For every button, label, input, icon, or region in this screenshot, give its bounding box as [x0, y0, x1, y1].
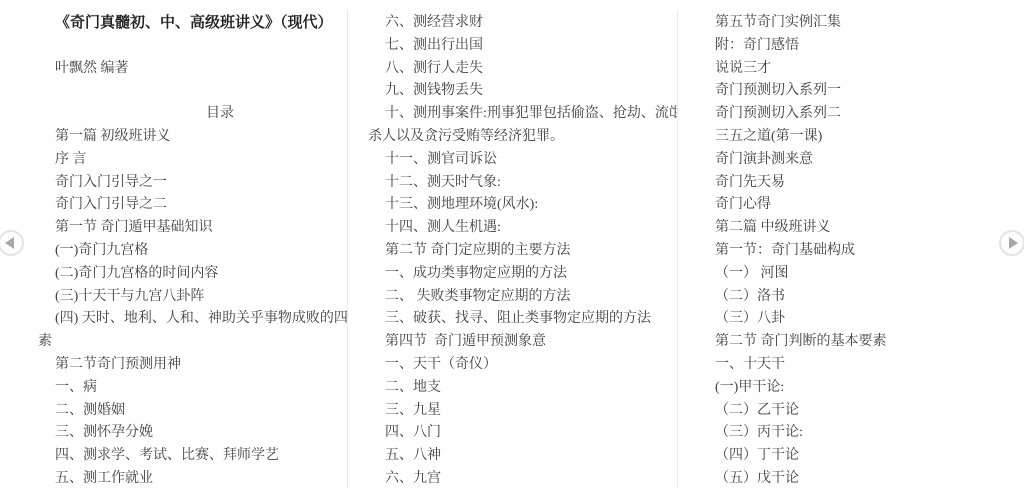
blank-line	[38, 35, 339, 58]
page-divider	[347, 10, 348, 488]
toc-line: 三、破获、找寻、阻止类事物定应期的方法	[368, 308, 669, 331]
toc-line-wrap: 素	[38, 331, 339, 354]
toc-line: 奇门入门引导之一	[38, 172, 339, 195]
toc-line: 十一、测官司诉讼	[368, 149, 669, 172]
toc-line: 奇门预测切入系列二	[698, 103, 1016, 126]
toc-line: 一、天干（奇仪）	[368, 354, 669, 377]
toc-line: 第二节 奇门判断的基本要素	[698, 331, 1016, 354]
toc-line: 八、测行人走失	[368, 58, 669, 81]
toc-line: （五）戊干论	[698, 468, 1016, 491]
toc-line: 第五节奇门实例汇集	[698, 12, 1016, 35]
toc-line: 附：奇门感悟	[698, 35, 1016, 58]
toc-line: 三、九星	[368, 400, 669, 423]
toc-line: 第二节 奇门定应期的主要方法	[368, 240, 669, 263]
toc-line: 一、成功类事物定应期的方法	[368, 263, 669, 286]
toc-line: （三）丙干论:	[698, 422, 1016, 445]
page-divider	[677, 10, 678, 488]
toc-line: 序 言	[38, 149, 339, 172]
toc-line: 第二篇 中级班讲义	[698, 217, 1016, 240]
toc-line: 三五之道(第一课)	[698, 126, 1016, 149]
reader-pages: 《奇门真髓初、中、高级班讲义》（现代）叶飘然 编著目录第一篇 初级班讲义序 言奇…	[0, 0, 1024, 503]
toc-line: 第二节奇门预测用神	[38, 354, 339, 377]
toc-line: 奇门入门引导之二	[38, 194, 339, 217]
toc-line: 十四、测人生机遇:	[368, 217, 669, 240]
toc-line: （一） 河图	[698, 263, 1016, 286]
toc-line: (一)甲干论:	[698, 377, 1016, 400]
book-title: 《奇门真髓初、中、高级班讲义》（现代）	[38, 12, 339, 35]
toc-line-wrap: 杀人以及贪污受贿等经济犯罪。	[368, 126, 669, 149]
blank-line	[38, 80, 339, 103]
toc-heading: 目录	[38, 103, 339, 126]
toc-line: (四) 天时、地利、人和、神助关乎事物成败的四大要	[38, 308, 339, 331]
toc-line: 第一节 奇门遁甲基础知识	[38, 217, 339, 240]
toc-line: 第一节：奇门基础构成	[698, 240, 1016, 263]
toc-line: 第四节 奇门遁甲预测象意	[368, 331, 669, 354]
toc-line: （三）八卦	[698, 308, 1016, 331]
toc-line: 十二、测天时气象:	[368, 172, 669, 195]
book-author: 叶飘然 编著	[38, 58, 339, 81]
page-3: 第五节奇门实例汇集附：奇门感悟说说三才奇门预测切入系列一奇门预测切入系列二三五之…	[677, 0, 1024, 503]
toc-line: 五、测工作就业	[38, 468, 339, 491]
toc-line: 六、测经营求财	[368, 12, 669, 35]
chevron-right-icon	[1009, 237, 1018, 249]
toc-line: 三、测怀孕分娩	[38, 422, 339, 445]
page-1: 《奇门真髓初、中、高级班讲义》（现代）叶飘然 编著目录第一篇 初级班讲义序 言奇…	[0, 0, 347, 503]
page-2: 六、测经营求财七、测出行出国八、测行人走失九、测钱物丢失十、测刑事案件:刑事犯罪…	[347, 0, 677, 503]
toc-line: 四、测求学、考试、比赛、拜师学艺	[38, 445, 339, 468]
toc-line: （二）洛书	[698, 286, 1016, 309]
toc-line: 六、九宫	[368, 468, 669, 491]
chevron-left-icon	[5, 237, 14, 249]
toc-line: 第一篇 初级班讲义	[38, 126, 339, 149]
toc-line: (二)奇门九宫格的时间内容	[38, 263, 339, 286]
document-reader: 《奇门真髓初、中、高级班讲义》（现代）叶飘然 编著目录第一篇 初级班讲义序 言奇…	[0, 0, 1024, 503]
toc-line: 十三、测地理环境(风水):	[368, 194, 669, 217]
toc-line: 奇门预测切入系列一	[698, 80, 1016, 103]
toc-line: 五、八神	[368, 445, 669, 468]
toc-line: 一、病	[38, 377, 339, 400]
toc-line: （二）乙干论	[698, 400, 1016, 423]
toc-line: 七、测出行出国	[368, 35, 669, 58]
toc-line: 奇门先天易	[698, 172, 1016, 195]
toc-line: (三)十天干与九宫八卦阵	[38, 286, 339, 309]
toc-line: （四）丁干论	[698, 445, 1016, 468]
toc-line: 说说三才	[698, 58, 1016, 81]
toc-line: 十、测刑事案件:刑事犯罪包括偷盗、抢劫、流氓、	[368, 103, 669, 126]
next-page-button[interactable]	[999, 230, 1024, 256]
toc-line: 二、测婚姻	[38, 400, 339, 423]
toc-line: (一)奇门九宫格	[38, 240, 339, 263]
toc-line: 奇门心得	[698, 194, 1016, 217]
toc-line: 二、地支	[368, 377, 669, 400]
toc-line: 九、测钱物丢失	[368, 80, 669, 103]
toc-line: 一、十天干	[698, 354, 1016, 377]
toc-line: 奇门演卦测来意	[698, 149, 1016, 172]
toc-line: 四、八门	[368, 422, 669, 445]
toc-line: 二、 失败类事物定应期的方法	[368, 286, 669, 309]
